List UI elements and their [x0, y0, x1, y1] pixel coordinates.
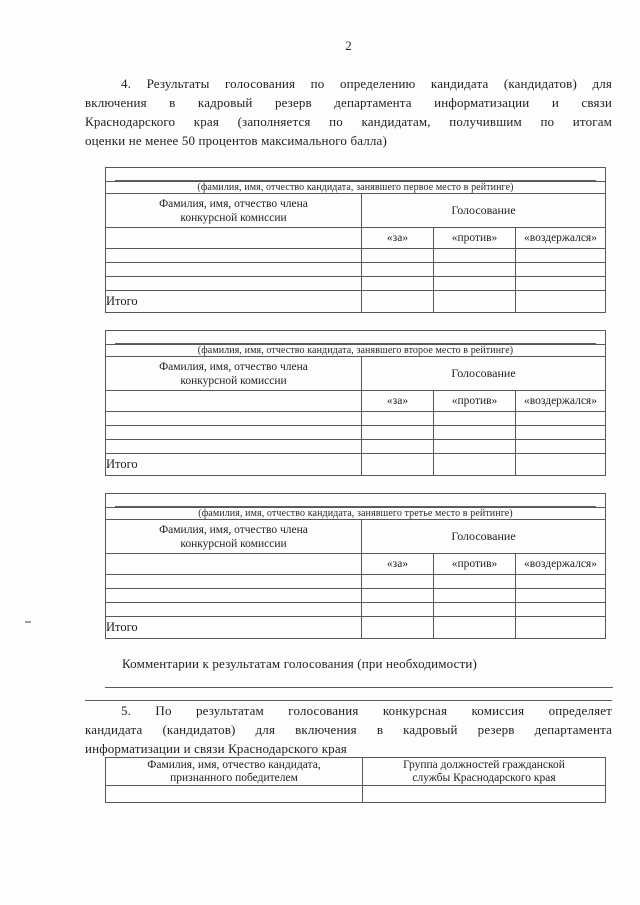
scan-artifact	[25, 621, 31, 623]
vote-option-za: «за»	[362, 228, 434, 249]
empty-cell	[516, 263, 606, 277]
voting-header-cell: Голосование	[362, 520, 606, 554]
member-header-cell: Фамилия, имя, отчество члена конкурсной …	[106, 520, 362, 554]
empty-cell	[516, 412, 606, 426]
empty-cell	[434, 617, 516, 639]
member-header-line2: конкурсной комиссии	[106, 211, 361, 225]
empty-cell	[362, 249, 434, 263]
empty-cell	[106, 575, 362, 589]
empty-cell	[362, 426, 434, 440]
total-label: Итого	[106, 454, 362, 476]
empty-cell	[434, 263, 516, 277]
empty-cell	[434, 412, 516, 426]
empty-cell	[516, 426, 606, 440]
winner-name-header-line1: Фамилия, имя, отчество кандидата,	[106, 759, 362, 772]
member-header-cell: Фамилия, имя, отчество члена конкурсной …	[106, 194, 362, 228]
total-label: Итого	[106, 291, 362, 313]
winner-name-header-line2: признанного победителем	[106, 772, 362, 785]
empty-cell	[106, 554, 362, 575]
empty-cell	[362, 412, 434, 426]
service-group-header-cell: Группа должностей гражданской службы Кра…	[363, 758, 606, 786]
empty-cell	[362, 617, 434, 639]
vote-option-vozderzhalsya: «воздержался»	[516, 554, 606, 575]
empty-cell	[434, 277, 516, 291]
empty-cell	[362, 277, 434, 291]
vote-option-vozderzhalsya: «воздержался»	[516, 391, 606, 412]
vote-option-vozderzhalsya: «воздержался»	[516, 228, 606, 249]
comments-label: Комментарии к результатам голосования (п…	[122, 654, 477, 673]
empty-cell	[434, 249, 516, 263]
empty-cell	[434, 291, 516, 313]
paragraph-line: информатизации и связи Краснодарского кр…	[85, 739, 612, 758]
empty-cell	[434, 603, 516, 617]
table-caption: (фамилия, имя, отчество кандидата, заняв…	[106, 182, 606, 194]
paragraph-line: кандидата (кандидатов) для включения в к…	[85, 720, 612, 739]
table-caption: (фамилия, имя, отчество кандидата, заняв…	[106, 345, 606, 357]
vote-option-za: «за»	[362, 554, 434, 575]
vote-table-first-place: (фамилия, имя, отчество кандидата, заняв…	[105, 167, 606, 313]
paragraph-line: Краснодарского края (заполняется по канд…	[85, 112, 612, 131]
document-page: 2 4. Результаты голосования по определен…	[0, 0, 640, 905]
empty-cell	[434, 575, 516, 589]
table-caption: (фамилия, имя, отчество кандидата, заняв…	[106, 508, 606, 520]
empty-cell	[106, 426, 362, 440]
empty-cell	[434, 589, 516, 603]
empty-cell	[434, 426, 516, 440]
candidate-name-line	[115, 331, 596, 344]
empty-cell	[516, 291, 606, 313]
vote-option-protiv: «против»	[434, 228, 516, 249]
vote-option-za: «за»	[362, 391, 434, 412]
empty-cell	[106, 786, 363, 803]
paragraph-4: 4. Результаты голосования по определению…	[85, 74, 612, 150]
empty-cell	[516, 454, 606, 476]
candidate-name-cell	[106, 494, 606, 508]
service-group-header-line1: Группа должностей гражданской	[363, 759, 605, 772]
empty-cell	[516, 589, 606, 603]
member-header-line1: Фамилия, имя, отчество члена	[106, 197, 361, 211]
empty-cell	[434, 454, 516, 476]
candidate-name-cell	[106, 331, 606, 345]
empty-cell	[362, 589, 434, 603]
voting-header-cell: Голосование	[362, 194, 606, 228]
empty-cell	[362, 575, 434, 589]
empty-cell	[362, 263, 434, 277]
empty-cell	[363, 786, 606, 803]
vote-table-third-place: (фамилия, имя, отчество кандидата, заняв…	[105, 493, 606, 639]
empty-cell	[362, 603, 434, 617]
empty-cell	[516, 249, 606, 263]
candidate-name-cell	[106, 168, 606, 182]
empty-cell	[106, 412, 362, 426]
member-header-line2: конкурсной комиссии	[106, 374, 361, 388]
empty-cell	[106, 440, 362, 454]
member-header-line2: конкурсной комиссии	[106, 537, 361, 551]
paragraph-line: 4. Результаты голосования по определению…	[85, 74, 612, 93]
empty-cell	[516, 617, 606, 639]
winner-table: Фамилия, имя, отчество кандидата, призна…	[105, 757, 606, 803]
empty-cell	[362, 440, 434, 454]
page-number: 2	[85, 36, 612, 55]
paragraph-5: 5. По результатам голосования конкурсная…	[85, 701, 612, 758]
empty-cell	[362, 291, 434, 313]
empty-cell	[362, 454, 434, 476]
comments-blank-line-1	[105, 687, 613, 688]
voting-header-cell: Голосование	[362, 357, 606, 391]
empty-cell	[516, 277, 606, 291]
vote-option-protiv: «против»	[434, 554, 516, 575]
total-label: Итого	[106, 617, 362, 639]
empty-cell	[106, 228, 362, 249]
empty-cell	[516, 440, 606, 454]
paragraph-line: включения в кадровый резерв департамента…	[85, 93, 612, 112]
paragraph-line: 5. По результатам голосования конкурсная…	[85, 701, 612, 720]
vote-table-second-place: (фамилия, имя, отчество кандидата, заняв…	[105, 330, 606, 476]
empty-cell	[516, 575, 606, 589]
member-header-line1: Фамилия, имя, отчество члена	[106, 360, 361, 374]
empty-cell	[106, 277, 362, 291]
empty-cell	[106, 249, 362, 263]
service-group-header-line2: службы Краснодарского края	[363, 772, 605, 785]
empty-cell	[106, 603, 362, 617]
empty-cell	[516, 603, 606, 617]
paragraph-line: оценки не менее 50 процентов максимально…	[85, 131, 612, 150]
empty-cell	[434, 440, 516, 454]
empty-cell	[106, 391, 362, 412]
vote-option-protiv: «против»	[434, 391, 516, 412]
empty-cell	[106, 263, 362, 277]
winner-name-header-cell: Фамилия, имя, отчество кандидата, призна…	[106, 758, 363, 786]
candidate-name-line	[115, 168, 596, 181]
member-header-cell: Фамилия, имя, отчество члена конкурсной …	[106, 357, 362, 391]
empty-cell	[106, 589, 362, 603]
candidate-name-line	[115, 494, 596, 507]
member-header-line1: Фамилия, имя, отчество члена	[106, 523, 361, 537]
